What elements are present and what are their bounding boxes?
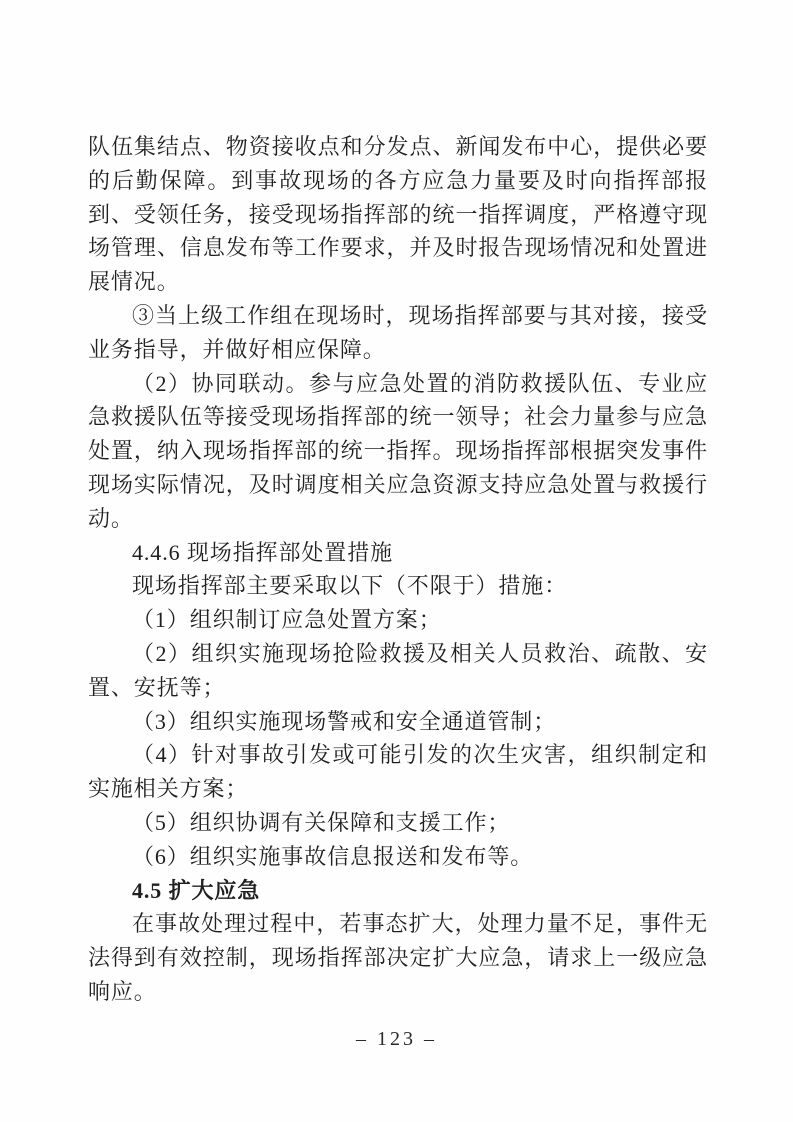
page-number: – 123 –: [356, 1028, 437, 1050]
section-heading: 4.5 扩大应急: [88, 874, 708, 908]
body-paragraph: 队伍集结点、物资接收点和分发点、新闻发布中心，提供必要的后勤保障。到事故现场的各…: [88, 130, 708, 299]
body-paragraph: 在事故处理过程中，若事态扩大，处理力量不足，事件无法得到有效控制，现场指挥部决定…: [88, 907, 708, 1008]
document-content: 队伍集结点、物资接收点和分发点、新闻发布中心，提供必要的后勤保障。到事故现场的各…: [88, 130, 708, 1009]
body-paragraph: （3）组织实施现场警戒和安全通道管制；: [88, 705, 708, 739]
page-footer: – 123 –: [0, 1028, 793, 1051]
body-paragraph: （2）协同联动。参与应急处置的消防救援队伍、专业应急救援队伍等接受现场指挥部的统…: [88, 367, 708, 536]
body-paragraph: （2）组织实施现场抢险救援及相关人员救治、疏散、安置、安抚等；: [88, 637, 708, 705]
body-paragraph: ③当上级工作组在现场时，现场指挥部要与其对接，接受业务指导，并做好相应保障。: [88, 299, 708, 367]
body-paragraph: （1）组织制订应急处置方案；: [88, 603, 708, 637]
body-paragraph: （6）组织实施事故信息报送和发布等。: [88, 840, 708, 874]
body-paragraph: （5）组织协调有关保障和支援工作；: [88, 806, 708, 840]
section-heading: 4.4.6 现场指挥部处置措施: [88, 536, 708, 570]
body-paragraph: 现场指挥部主要采取以下（不限于）措施：: [88, 569, 708, 603]
document-page: 队伍集结点、物资接收点和分发点、新闻发布中心，提供必要的后勤保障。到事故现场的各…: [0, 0, 793, 1122]
body-paragraph: （4）针对事故引发或可能引发的次生灾害，组织制定和实施相关方案；: [88, 738, 708, 806]
